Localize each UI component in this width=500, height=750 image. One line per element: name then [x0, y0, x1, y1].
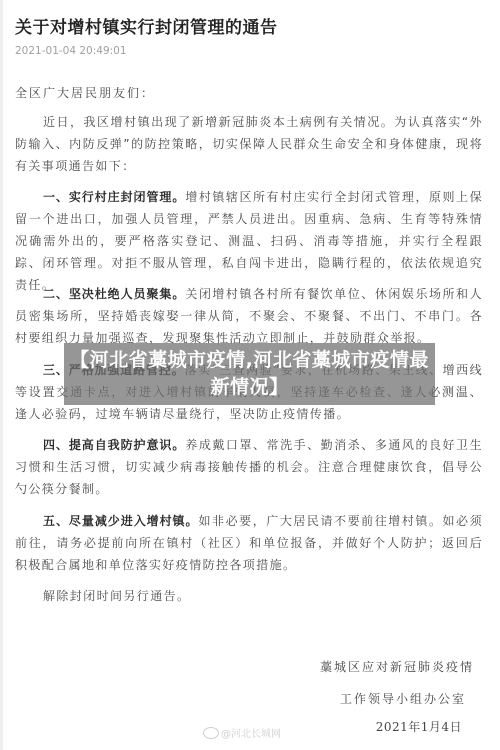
greeting: 全区广大居民朋友们： — [15, 84, 155, 101]
publish-timestamp: 2021-01-04 20:49:01 — [15, 45, 127, 57]
caption-text: 【河北省藁城市疫情,河北省藁城市疫情最新情况】 — [64, 347, 435, 401]
section-1-body: 增村镇辖区所有村庄实行全封闭式管理，原则上保留一个进出口，加强人员管理，严禁人员… — [15, 190, 483, 292]
watermark-text: @河北长城网 — [221, 725, 281, 740]
signature-line-1: 藁城区应对新冠肺炎疫情 — [320, 658, 474, 675]
intro-paragraph: 近日，我区增村镇出现了新增新冠肺炎本土病例有关情况。为认真落实“外防输入、内防反… — [15, 111, 483, 177]
signature-date: 2021年1月4日 — [376, 718, 462, 735]
closing-line: 解除封闭时间另行通告。 — [15, 585, 483, 607]
signature-line-2: 工作领导小组办公室 — [340, 690, 466, 707]
section-4-heading: 四、提高自我防护意识。 — [43, 438, 185, 452]
notice-title: 关于对增村镇实行封闭管理的通告 — [15, 13, 278, 38]
section-1: 一、实行村庄封闭管理。增村镇辖区所有村庄实行全封闭式管理，原则上保留一个进出口，… — [15, 186, 483, 296]
caption-overlay: 【河北省藁城市疫情,河北省藁城市疫情最新情况】 — [64, 343, 435, 405]
section-1-heading: 一、实行村庄封闭管理。 — [43, 190, 185, 204]
section-2-heading: 二、坚决杜绝人员聚集。 — [43, 287, 185, 301]
weibo-icon — [203, 727, 219, 739]
section-4: 四、提高自我防护意识。养成戴口罩、常洗手、勤消杀、多通风的良好卫生习惯和生活习惯… — [15, 434, 483, 500]
watermark: @河北长城网 — [203, 725, 281, 740]
section-5-heading: 五、尽量减少进入增村镇。 — [43, 514, 198, 528]
page-edge-rule — [0, 0, 3, 750]
section-5: 五、尽量减少进入增村镇。如非必要，广大居民请不要前往增村镇。如必须前往，请务必提… — [15, 510, 483, 576]
section-2: 二、坚决杜绝人员聚集。关闭增村镇各村所有餐饮单位、休闲娱乐场所和人员密集场所，坚… — [15, 283, 483, 349]
